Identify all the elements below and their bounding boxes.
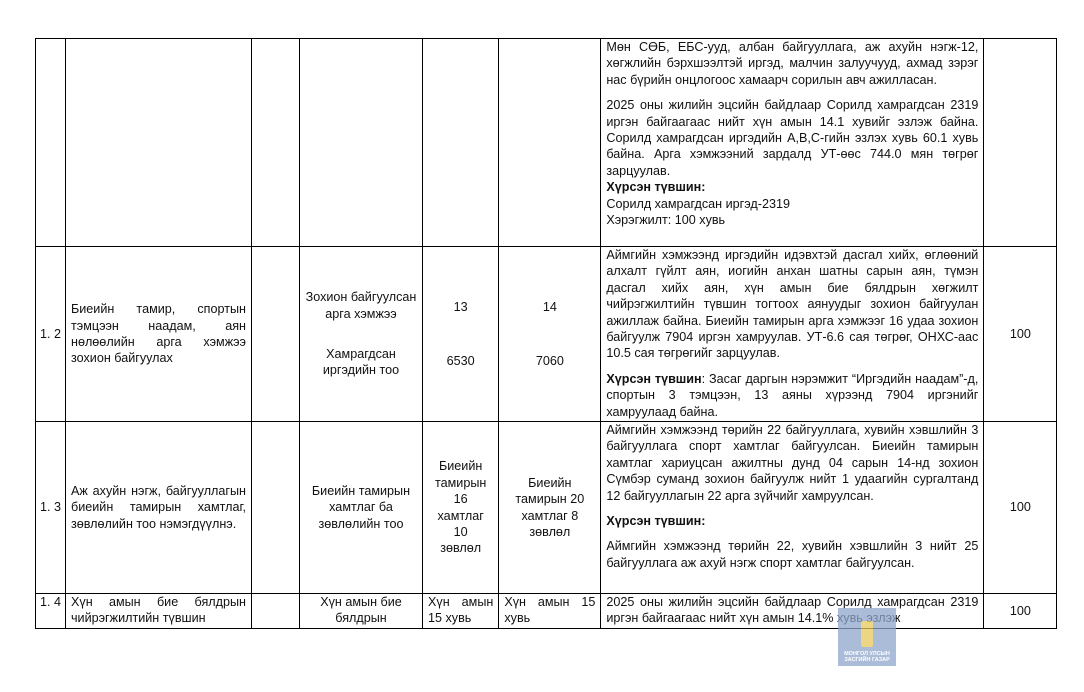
- activity-cell: Аж ахуйн нэгж, байгууллагын биеийн тамир…: [66, 422, 252, 594]
- progress-paragraph: Аймгийн хэмжээнд иргэдийн идэвхтэй дасга…: [606, 247, 978, 362]
- progress-paragraph: Хүрсэн түвшин: Засаг даргын нэрэмжит “Ир…: [606, 371, 978, 420]
- achieved-level-label: Хүрсэн түвшин:: [606, 514, 705, 528]
- progress-paragraph: 2025 оны жилийн эцсийн байдлаар Сорилд х…: [606, 97, 978, 179]
- achieved-level-label: Хүрсэн түвшин:: [606, 180, 705, 194]
- table-row: Мөн СӨБ, ЕБС-ууд, албан байгууллага, аж …: [36, 39, 1057, 247]
- indicator-cell: Зохион байгуулсан арга хэмжээ Хамрагдсан…: [300, 247, 423, 422]
- table-row: 1. 3 Аж ахуйн нэгж, байгууллагын биеийн …: [36, 422, 1057, 594]
- indicator-cell: [300, 39, 423, 247]
- report-table: Мөн СӨБ, ЕБС-ууд, албан байгууллага, аж …: [35, 38, 1057, 629]
- indicator-item: Зохион байгуулсан арга хэмжээ: [305, 289, 417, 322]
- row-index-cell: 1. 2: [36, 247, 66, 422]
- progress-paragraph: 2025 оны жилийн эцсийн байдлаар Сорилд х…: [606, 594, 978, 627]
- target-cell: Хүн амын 15 хувь: [499, 594, 601, 629]
- score-cell: 100: [984, 594, 1057, 629]
- activity-cell: Биеийн тамир, спортын тэмцээн наадам, ая…: [66, 247, 252, 422]
- baseline-cell: Хүн амын 15 хувь: [423, 594, 499, 629]
- baseline-value: 13: [428, 299, 493, 315]
- row-index-cell: 1. 3: [36, 422, 66, 594]
- activity-cell: [66, 39, 252, 247]
- baseline-cell: 13 6530: [423, 247, 499, 422]
- indicator-cell: Биеийн тамирын хамтлаг ба зөвлөлийн тоо: [300, 422, 423, 594]
- table-row: 1. 4 Хүн амын бие бялдрын чийрэгжилтийн …: [36, 594, 1057, 629]
- row-index-cell: 1. 4: [36, 594, 66, 629]
- baseline-cell: [423, 39, 499, 247]
- progress-cell: Аймгийн хэмжээнд иргэдийн идэвхтэй дасга…: [601, 247, 984, 422]
- indicator-cell: Хүн амын бие бялдрын: [300, 594, 423, 629]
- score-cell: 100: [984, 247, 1057, 422]
- watermark-line: ЗАСГИЙН ГАЗАР: [844, 657, 890, 663]
- baseline-value: 6530: [428, 353, 493, 369]
- target-cell: [499, 39, 601, 247]
- progress-cell: Аймгийн хэмжээнд төрийн 22 байгууллага, …: [601, 422, 984, 594]
- achieved-level-label: Хүрсэн түвшин: [606, 372, 701, 386]
- empty-cell: [252, 247, 300, 422]
- empty-cell: [252, 594, 300, 629]
- progress-cell: 2025 оны жилийн эцсийн байдлаар Сорилд х…: [601, 594, 984, 629]
- target-value: 14: [504, 299, 595, 315]
- indicator-item: Хамрагдсан иргэдийн тоо: [305, 346, 417, 379]
- target-cell: 14 7060: [499, 247, 601, 422]
- progress-paragraph: Сорилд хамрагдсан иргэд-2319: [606, 196, 978, 212]
- progress-paragraph: Аймгийн хэмжээнд төрийн 22, хувийн хэвшл…: [606, 538, 978, 571]
- progress-paragraph: Хэрэгжилт: 100 хувь: [606, 212, 978, 228]
- score-cell: [984, 39, 1057, 247]
- target-cell: Биеийн тамирын 20 хамтлаг 8 зөвлөл: [499, 422, 601, 594]
- soyombo-emblem-icon: [861, 621, 873, 647]
- baseline-cell: Биеийн тамирын 16 хамтлаг 10 зөвлөл: [423, 422, 499, 594]
- progress-paragraph: Мөн СӨБ, ЕБС-ууд, албан байгууллага, аж …: [606, 39, 978, 88]
- progress-cell: Мөн СӨБ, ЕБС-ууд, албан байгууллага, аж …: [601, 39, 984, 247]
- government-watermark: МОНГОЛ УЛСЫН ЗАСГИЙН ГАЗАР: [838, 608, 896, 666]
- row-index-cell: [36, 39, 66, 247]
- target-value: 7060: [504, 353, 595, 369]
- table-row: 1. 2 Биеийн тамир, спортын тэмцээн наада…: [36, 247, 1057, 422]
- activity-cell: Хүн амын бие бялдрын чийрэгжилтийн түвши…: [66, 594, 252, 629]
- empty-cell: [252, 422, 300, 594]
- empty-cell: [252, 39, 300, 247]
- progress-paragraph: Аймгийн хэмжээнд төрийн 22 байгууллага, …: [606, 422, 978, 504]
- score-cell: 100: [984, 422, 1057, 594]
